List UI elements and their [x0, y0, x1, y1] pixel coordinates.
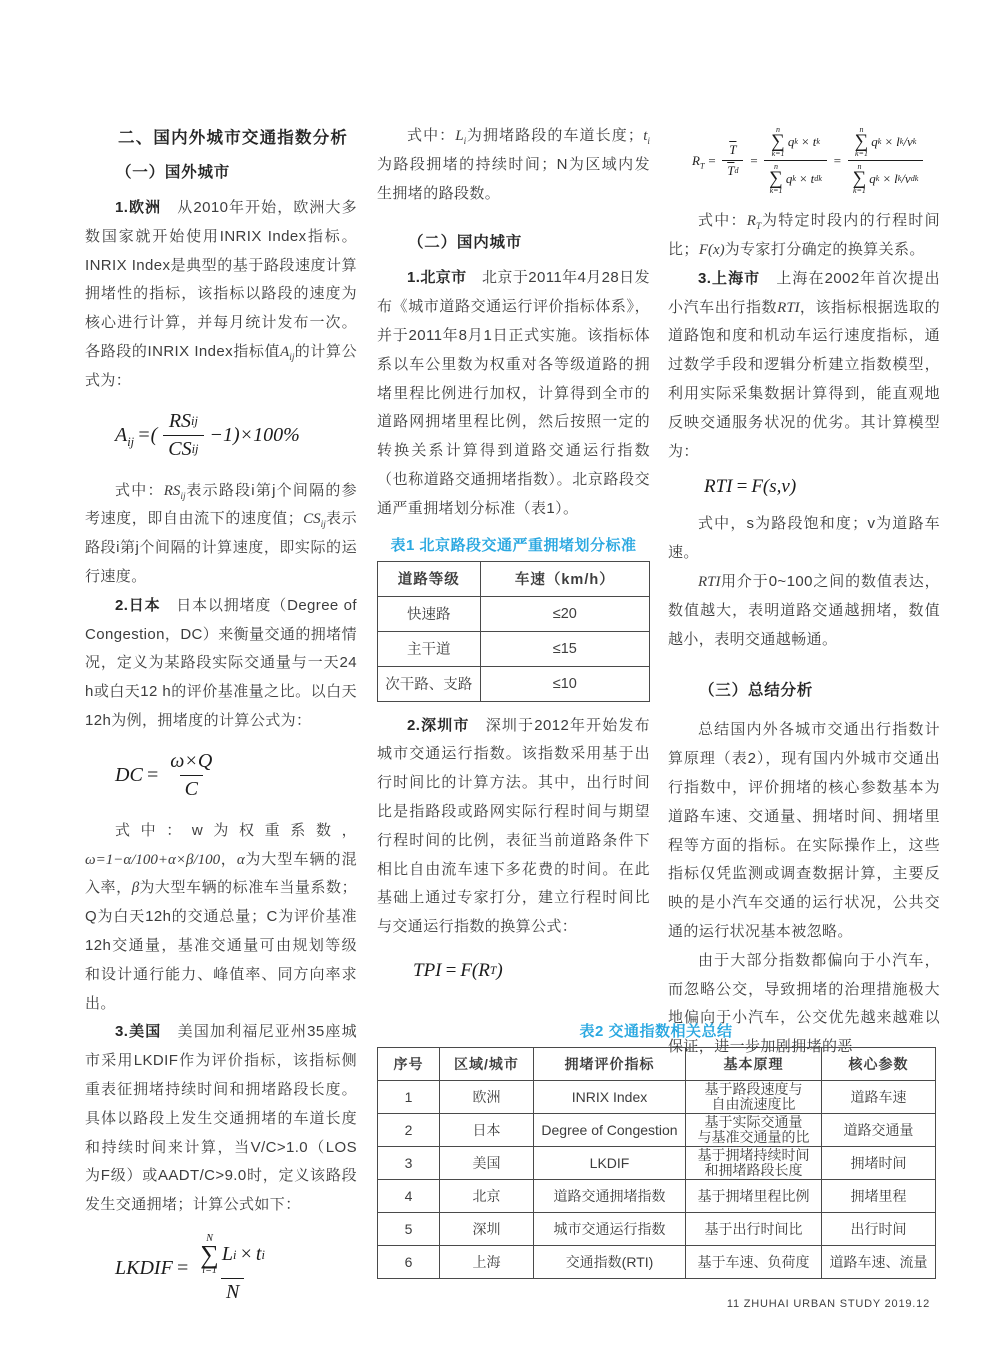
column-header: 拥堵评价指标	[534, 1048, 686, 1081]
cell-principle: 基于拥堵持续时间 和拥堵路段长度	[686, 1147, 822, 1180]
paragraph-text: 美国加利福尼亚州35座城市采用LKDIF作为评价指标，该指标侧重表征拥堵持续时间…	[85, 1023, 357, 1213]
table-row: 4 北京 道路交通拥堵指数 基于拥堵里程比例 拥堵里程	[378, 1180, 936, 1213]
table-row: 6 上海 交通指数(RTI) 基于车速、负荷度 道路车速、流量	[378, 1246, 936, 1279]
cell-parameter: 拥堵时间	[822, 1147, 936, 1180]
paragraph-summary-1: 总结国内外各城市交通出行指数计算原理（表2），现有国内外城市交通出行指数中，评价…	[668, 716, 940, 946]
cell-speed: ≤15	[480, 631, 649, 666]
cell-road-class: 主干道	[378, 631, 481, 666]
subsection-foreign-cities: （一）国外城市	[85, 160, 357, 186]
cell-parameter: 道路交通量	[822, 1114, 936, 1147]
paragraph-rt-variables: 式中：RT为特定时段内的行程时间比；F(x)为专家打分确定的换算关系。	[668, 207, 940, 265]
paragraph-lead: 3.上海市	[698, 270, 760, 287]
formula-inrix-index: Aij =( RSij CSij −1)×100%	[85, 410, 357, 461]
cell-parameter: 道路车速、流量	[822, 1246, 936, 1279]
cell-indicator: 道路交通拥堵指数	[534, 1180, 686, 1213]
inline-math-ti: ti	[643, 128, 650, 144]
column-right: RT = T Td = n∑k=1 qk×tk n∑k=1 qk×tdk =	[668, 122, 940, 1062]
fraction: n∑k=1 qk×lk/vk n∑k=1 qk×lk/vdk	[848, 126, 924, 195]
paragraph-lead: 1.北京市	[407, 269, 467, 286]
inline-math-li: Li	[455, 128, 466, 144]
paragraph-dc-variables: 式中：w为权重系数，ω=1−α/100+α×β/100，α为大型车辆的混入率，β…	[85, 817, 357, 1019]
cell-region: 上海	[440, 1246, 534, 1279]
cell-indicator: INRIX Index	[534, 1081, 686, 1114]
cell-index: 6	[378, 1246, 440, 1279]
table-header-row: 道路等级 车速（km/h）	[378, 561, 650, 596]
cell-region: 美国	[440, 1147, 534, 1180]
formula-lkdif: LKDIF = N∑i=1 Li×ti N	[85, 1234, 357, 1304]
table-beijing-congestion-standard: 道路等级 车速（km/h） 快速路 ≤20 主干道 ≤15 次干路、支路 ≤10	[377, 561, 650, 702]
paragraph-lead: 3.美国	[115, 1023, 161, 1040]
column-header: 车速（km/h）	[480, 561, 649, 596]
cell-principle: 基于路段速度与 自由流速度比	[686, 1081, 822, 1114]
paragraph-text: ，该指标根据选取的道路饱和度和机动车运行速度指标，通过数学手段和逻辑分析建立指数…	[668, 299, 940, 460]
fraction: N∑i=1 Li×ti N	[195, 1234, 270, 1304]
cell-principle: 基于拥堵里程比例	[686, 1180, 822, 1213]
inline-math-rti: RTI	[777, 300, 800, 316]
journal-page: 二、国内外城市交通指数分析 （一）国外城市 1.欧洲 从2010年开始，欧洲大多…	[0, 0, 1006, 1365]
table-row: 3 美国 LKDIF 基于拥堵持续时间 和拥堵路段长度 拥堵时间	[378, 1147, 936, 1180]
table-row: 5 深圳 城市交通运行指数 基于出行时间比 出行时间	[378, 1213, 936, 1246]
cell-region: 欧洲	[440, 1081, 534, 1114]
subsection-domestic-cities: （二）国内城市	[377, 230, 650, 256]
cell-index: 5	[378, 1213, 440, 1246]
formula-degree-of-congestion: DC = ω×Q C	[85, 750, 357, 801]
fraction: ω×Q C	[165, 750, 217, 801]
inline-math-rt: RT	[747, 213, 761, 229]
cell-indicator: Degree of Congestion	[534, 1114, 686, 1147]
inline-math-rsij: RSij	[164, 483, 186, 499]
cell-region: 深圳	[440, 1213, 534, 1246]
formula-travel-time-ratio: RT = T Td = n∑k=1 qk×tk n∑k=1 qk×tdk =	[668, 126, 940, 195]
page-footer: 11 ZHUHAI URBAN STUDY 2019.12	[727, 1298, 930, 1310]
paragraph-lead: 2.日本	[115, 597, 160, 614]
formula-tpi: TPI = F(RT)	[377, 960, 650, 982]
paragraph-lead: 1.欧洲	[115, 199, 161, 216]
paragraph-lead: 2.深圳市	[407, 717, 470, 734]
inline-math-alpha: α	[237, 852, 245, 868]
cell-principle: 基于车速、负荷度	[686, 1246, 822, 1279]
column-header: 道路等级	[378, 561, 481, 596]
inline-math-csij: CSij	[303, 511, 326, 527]
table2-section: 表2 交通指数相关总结 序号 区域/城市 拥堵评价指标 基本原理 核心参数 1 …	[377, 1010, 935, 1279]
cell-parameter: 拥堵里程	[822, 1180, 936, 1213]
paragraph-inrix-variables: 式中：RSij表示路段i第j个间隔的参考速度，即自由流下的速度值；CSij表示路…	[85, 477, 357, 592]
cell-index: 3	[378, 1147, 440, 1180]
paragraph-shanghai: 3.上海市 上海在2002年首次提出小汽车出行指数RTI，该指标根据选取的道路饱…	[668, 265, 940, 467]
fraction: n∑k=1 qk×tk n∑k=1 qk×tdk	[764, 126, 827, 195]
paragraph-usa: 3.美国 美国加利福尼亚州35座城市采用LKDIF作为评价指标，该指标侧重表征拥…	[85, 1018, 357, 1220]
table-traffic-index-summary: 序号 区域/城市 拥堵评价指标 基本原理 核心参数 1 欧洲 INRIX Ind…	[377, 1047, 936, 1279]
fraction: T Td	[722, 142, 743, 179]
summation: N∑i=1	[200, 1234, 219, 1276]
column-header: 区域/城市	[440, 1048, 534, 1081]
paragraph-text: 深圳于2012年开始发布城市交通运行指数。该指数采用基于出行时间比的计算方法。其…	[377, 717, 650, 936]
inline-math-rti: RTI	[698, 574, 721, 590]
column-header: 序号	[378, 1048, 440, 1081]
column-middle: 式中：Li为拥堵路段的车道长度；ti为路段拥堵的持续时间；N为区域内发生拥堵的路…	[377, 122, 650, 1000]
summation: n∑k=1	[769, 163, 783, 195]
table2-caption: 表2 交通指数相关总结	[377, 1020, 935, 1041]
inline-math-omega: ω=1−α/100+α×β/100	[85, 852, 220, 868]
summation: n∑k=1	[855, 126, 869, 158]
table-row: 2 日本 Degree of Congestion 基于实际交通量 与基准交通量…	[378, 1114, 936, 1147]
inline-math-fx: F(x)	[699, 242, 725, 258]
paragraph-text: 日本以拥堵度（Degree of Congestion，DC）来衡量交通的拥堵情…	[85, 597, 357, 729]
table-row: 1 欧洲 INRIX Index 基于路段速度与 自由流速度比 道路车速	[378, 1081, 936, 1114]
paragraph-rti-range: RTI用介于0~100之间的数值表达，数值越大，表明道路交通越拥堵，数值越小，表…	[668, 568, 940, 654]
table-header-row: 序号 区域/城市 拥堵评价指标 基本原理 核心参数	[378, 1048, 936, 1081]
table-row: 主干道 ≤15	[378, 631, 650, 666]
cell-region: 日本	[440, 1114, 534, 1147]
table1-caption: 表1 北京路段交通严重拥堵划分标准	[377, 534, 650, 555]
subsection-summary-analysis: （三）总结分析	[668, 678, 940, 704]
math-token: Aij	[115, 424, 134, 447]
fraction: RSij CSij	[163, 410, 203, 461]
inline-math-aij: Aij	[280, 344, 294, 360]
cell-speed: ≤10	[480, 666, 649, 701]
cell-speed: ≤20	[480, 596, 649, 631]
table-row: 快速路 ≤20	[378, 596, 650, 631]
cell-index: 2	[378, 1114, 440, 1147]
table-row: 次干路、支路 ≤10	[378, 666, 650, 701]
cell-indicator: 交通指数(RTI)	[534, 1246, 686, 1279]
paragraph-beijing: 1.北京市 北京于2011年4月28日发布《城市道路交通运行评价指标体系》，并于…	[377, 264, 650, 523]
cell-index: 4	[378, 1180, 440, 1213]
formula-rti: RTI = F(s,v)	[668, 476, 940, 498]
column-header: 基本原理	[686, 1048, 822, 1081]
paragraph-japan: 2.日本 日本以拥堵度（Degree of Congestion，DC）来衡量交…	[85, 592, 357, 736]
paragraph-shenzhen: 2.深圳市 深圳于2012年开始发布城市交通运行指数。该指数采用基于出行时间比的…	[377, 712, 650, 942]
cell-region: 北京	[440, 1180, 534, 1213]
cell-principle: 基于出行时间比	[686, 1213, 822, 1246]
cell-road-class: 快速路	[378, 596, 481, 631]
summation: n∑k=1	[771, 126, 785, 158]
paragraph-rti-variables: 式中，s为路段饱和度；v为道路车速。	[668, 510, 940, 568]
column-left: 二、国内外城市交通指数分析 （一）国外城市 1.欧洲 从2010年开始，欧洲大多…	[85, 125, 357, 1320]
cell-index: 1	[378, 1081, 440, 1114]
paragraph-europe: 1.欧洲 从2010年开始，欧洲大多数国家就开始使用INRIX Index指标。…	[85, 194, 357, 396]
cell-parameter: 出行时间	[822, 1213, 936, 1246]
math-token: RT	[692, 153, 704, 169]
column-header: 核心参数	[822, 1048, 936, 1081]
cell-parameter: 道路车速	[822, 1081, 936, 1114]
cell-indicator: LKDIF	[534, 1147, 686, 1180]
paragraph-text: 从2010年开始，欧洲大多数国家就开始使用INRIX Index指标。INRIX…	[85, 199, 357, 360]
section-heading: 二、国内外城市交通指数分析	[85, 125, 357, 151]
paragraph-text: 北京于2011年4月28日发布《城市道路交通运行评价指标体系》，并于2011年8…	[377, 269, 650, 516]
cell-indicator: 城市交通运行指数	[534, 1213, 686, 1246]
cell-principle: 基于实际交通量 与基准交通量的比	[686, 1114, 822, 1147]
summation: n∑k=1	[853, 163, 867, 195]
cell-road-class: 次干路、支路	[378, 666, 481, 701]
paragraph-lkdif-variables: 式中：Li为拥堵路段的车道长度；ti为路段拥堵的持续时间；N为区域内发生拥堵的路…	[377, 122, 650, 208]
